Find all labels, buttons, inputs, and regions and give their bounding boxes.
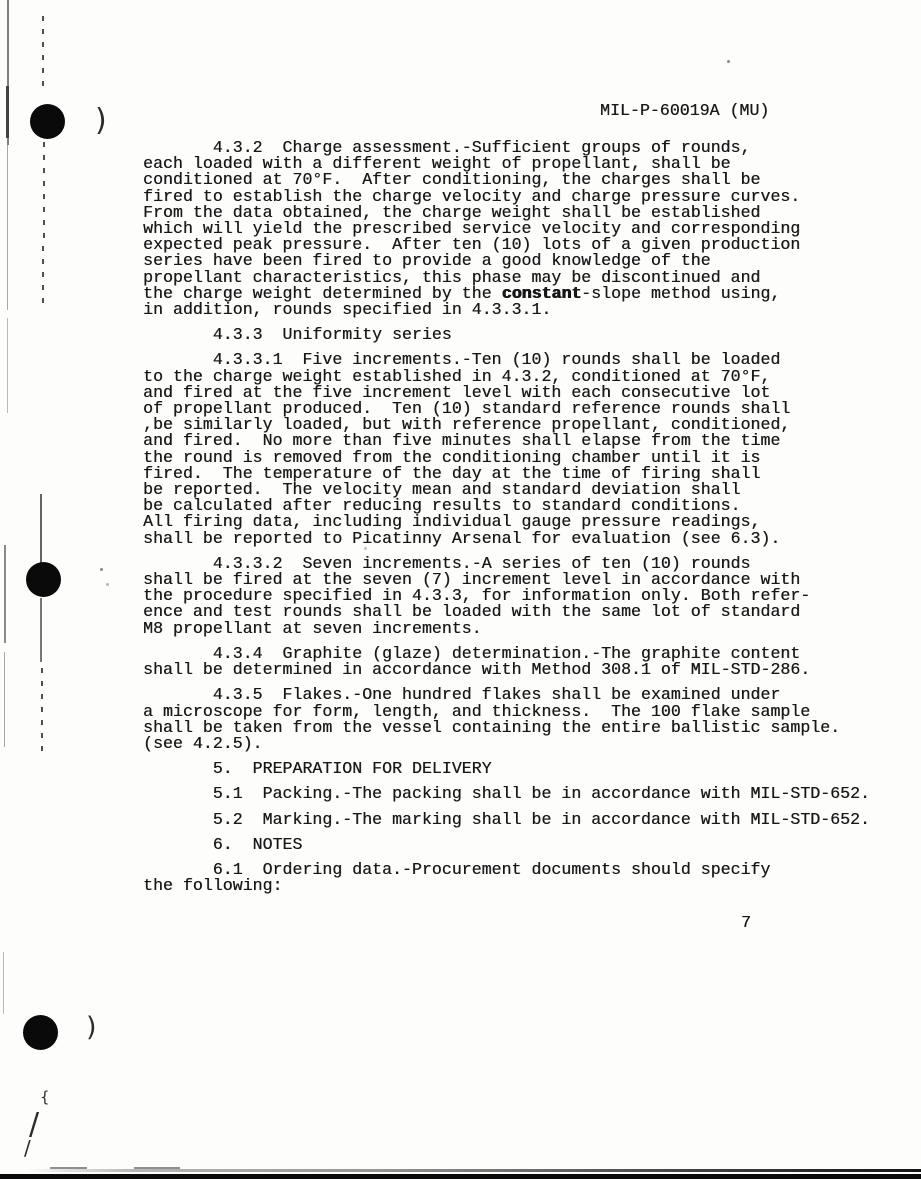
margin-line bbox=[40, 494, 42, 564]
scan-bottom-taper-line bbox=[25, 1169, 921, 1172]
heading-4-3-3-uniformity-series: 4.3.3 Uniformity series bbox=[143, 327, 921, 343]
margin-dashed-line bbox=[42, 246, 44, 304]
scan-edge-line bbox=[6, 86, 9, 138]
scan-speck bbox=[727, 60, 730, 63]
margin-line bbox=[40, 598, 42, 662]
document-body: 4.3.2 Charge assessment.-Sufficient grou… bbox=[143, 140, 921, 903]
margin-dashed-line bbox=[41, 668, 43, 752]
punch-hole bbox=[26, 562, 61, 597]
scan-bottom-bar bbox=[0, 1174, 921, 1179]
paragraph-4-3-2-charge-assessment: 4.3.2 Charge assessment.-Sufficient grou… bbox=[143, 140, 921, 318]
paragraph-4-3-3-2-seven-increments: 4.3.3.2 Seven increments.-A series of te… bbox=[143, 556, 921, 637]
scanned-document-page: ) ) { / / MIL-P-60019A (MU) 4.3.2 Charge… bbox=[0, 0, 921, 1179]
paragraph-4-3-5-flakes: 4.3.5 Flakes.-One hundred flakes shall b… bbox=[143, 687, 921, 752]
page-number: 7 bbox=[741, 913, 751, 932]
spec-id-header: MIL-P-60019A (MU) bbox=[600, 102, 769, 119]
heading-6-notes: 6. NOTES bbox=[143, 837, 921, 853]
scan-speck bbox=[100, 568, 103, 571]
paragraph-5-2-marking: 5.2 Marking.-The marking shall be in acc… bbox=[143, 812, 921, 828]
paragraph-4-3-3-1-five-increments: 4.3.3.1 Five increments.-Ten (10) rounds… bbox=[143, 352, 921, 546]
scan-edge-line bbox=[7, 145, 8, 310]
heading-5-preparation-for-delivery: 5. PREPARATION FOR DELIVERY bbox=[143, 761, 921, 777]
stray-hook-mark: { bbox=[40, 1090, 50, 1105]
stray-paren-mark: ) bbox=[95, 106, 107, 136]
margin-dashed-line bbox=[42, 16, 44, 94]
punch-hole bbox=[30, 104, 65, 139]
scan-edge-line bbox=[7, 318, 8, 413]
scan-speck bbox=[106, 583, 109, 586]
paragraph-5-1-packing: 5.1 Packing.-The packing shall be in acc… bbox=[143, 786, 921, 802]
margin-dashed-line bbox=[43, 142, 45, 238]
paragraph-text: 4.3.2 Charge assessment.-Sufficient grou… bbox=[143, 138, 800, 303]
scan-edge-line bbox=[3, 952, 4, 1014]
paragraph-6-1-ordering-data: 6.1 Ordering data.-Procurement documents… bbox=[143, 862, 921, 894]
scan-edge-line bbox=[4, 652, 5, 747]
scan-edge-line bbox=[4, 545, 6, 643]
paragraph-4-3-4-graphite-determination: 4.3.4 Graphite (glaze) determination.-Th… bbox=[143, 646, 921, 678]
stray-paren-mark: ) bbox=[86, 1014, 97, 1041]
stray-slash-mark: / bbox=[24, 1138, 31, 1158]
punch-hole bbox=[23, 1015, 58, 1050]
